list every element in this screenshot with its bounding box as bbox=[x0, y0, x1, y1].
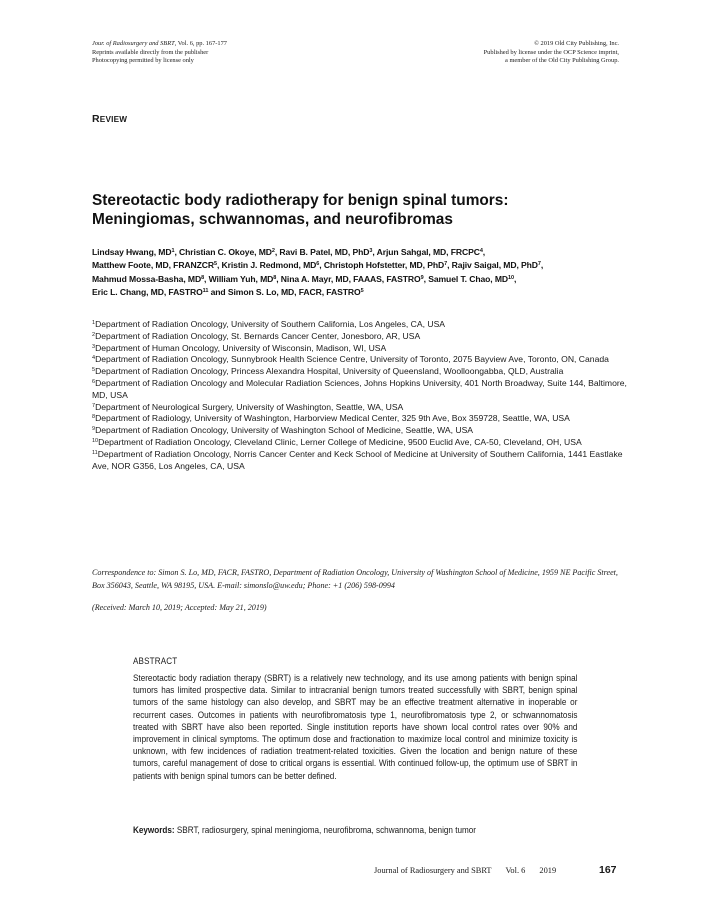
author: Samuel T. Chao, MD10 bbox=[428, 274, 514, 284]
author-affiliation-marker: 4 bbox=[480, 248, 483, 254]
affiliation-number: 9 bbox=[92, 426, 95, 432]
affiliation-number: 5 bbox=[92, 367, 95, 373]
affiliation-number: 1 bbox=[92, 320, 95, 326]
running-header-right: © 2019 Old City Publishing, Inc. Publish… bbox=[484, 40, 619, 66]
author: Eric L. Chang, MD, FASTRO11 bbox=[92, 287, 208, 297]
author-affiliation-marker: 3 bbox=[369, 248, 372, 254]
affiliation-item: 7Department of Neurological Surgery, Uni… bbox=[92, 402, 632, 414]
author: Ravi B. Patel, MD, PhD3 bbox=[279, 247, 372, 257]
affiliation-number: 11 bbox=[92, 450, 98, 456]
author-affiliation-marker: 9 bbox=[421, 275, 424, 281]
page-number: 167 bbox=[599, 864, 617, 876]
affiliation-item: 10Department of Radiation Oncology, Clev… bbox=[92, 437, 632, 449]
affiliation-item: 2Department of Radiation Oncology, St. B… bbox=[92, 331, 632, 343]
correspondence: Correspondence to: Simon S. Lo, MD, FACR… bbox=[92, 566, 622, 593]
affiliation-number: 2 bbox=[92, 332, 95, 338]
license-line: Published by license under the OCP Scien… bbox=[484, 49, 619, 58]
affiliation-number: 3 bbox=[92, 344, 95, 350]
author: Matthew Foote, MD, FRANZCR5 bbox=[92, 260, 217, 270]
author: William Yuh, MD8 bbox=[209, 274, 277, 284]
author-affiliation-marker: 5 bbox=[214, 261, 217, 267]
keywords-label: Keywords: bbox=[133, 824, 175, 835]
author-affiliation-marker: 6 bbox=[316, 261, 319, 267]
publisher-group-line: a member of the Old City Publishing Grou… bbox=[484, 57, 619, 66]
author-affiliation-marker: 11 bbox=[203, 288, 209, 294]
keywords: Keywords: SBRT, radiosurgery, spinal men… bbox=[133, 824, 584, 835]
author: Christoph Hofstetter, MD, PhD7 bbox=[324, 260, 447, 270]
affiliation-item: 1Department of Radiation Oncology, Unive… bbox=[92, 319, 632, 331]
author-affiliation-marker: 10 bbox=[508, 275, 514, 281]
title-line-1: Stereotactic body radiotherapy for benig… bbox=[92, 192, 612, 211]
author: Simon S. Lo, MD, FACR, FASTRO5 bbox=[228, 287, 364, 297]
affiliation-number: 10 bbox=[92, 438, 98, 444]
article-type-initial: R bbox=[92, 113, 100, 125]
keywords-text: SBRT, radiosurgery, spinal meningioma, n… bbox=[175, 824, 476, 835]
article-type-rest: EVIEW bbox=[100, 115, 127, 124]
author: Nina A. Mayr, MD, FAAAS, FASTRO9 bbox=[281, 274, 424, 284]
author: Mahmud Mossa-Basha, MD8 bbox=[92, 274, 204, 284]
affiliation-item: 5Department of Radiation Oncology, Princ… bbox=[92, 366, 632, 378]
author: Lindsay Hwang, MD1 bbox=[92, 247, 174, 257]
running-header-left: Jour. of Radiosurgery and SBRT, Vol. 6, … bbox=[92, 40, 227, 66]
author: Christian C. Okoye, MD2 bbox=[179, 247, 275, 257]
author-affiliation-marker: 2 bbox=[272, 248, 275, 254]
footer-year: 2019 bbox=[539, 866, 556, 875]
author-affiliation-marker: 8 bbox=[201, 275, 204, 281]
author-affiliation-marker: 1 bbox=[171, 248, 174, 254]
author: Rajiv Saigal, MD, PhD7 bbox=[452, 260, 541, 270]
volume-pages: , Vol. 6, pp. 167-177 bbox=[175, 40, 227, 47]
affiliation-item: 9Department of Radiation Oncology, Unive… bbox=[92, 425, 632, 437]
abstract-heading: ABSTRACT bbox=[133, 655, 177, 666]
author-affiliation-marker: 8 bbox=[273, 275, 276, 281]
affiliation-number: 7 bbox=[92, 403, 95, 409]
author: Arjun Sahgal, MD, FRCPC4 bbox=[377, 247, 483, 257]
reprints-note: Reprints available directly from the pub… bbox=[92, 49, 227, 58]
photocopying-note: Photocopying permitted by license only bbox=[92, 57, 227, 66]
footer-volume: Vol. 6 bbox=[505, 866, 525, 875]
author-affiliation-marker: 7 bbox=[444, 261, 447, 267]
article-title: Stereotactic body radiotherapy for benig… bbox=[92, 192, 612, 229]
received-accepted-dates: (Received: March 10, 2019; Accepted: May… bbox=[92, 603, 267, 612]
journal-citation: Jour. of Radiosurgery and SBRT, Vol. 6, … bbox=[92, 40, 227, 49]
author-affiliation-marker: 7 bbox=[538, 261, 541, 267]
affiliation-item: 4Department of Radiation Oncology, Sunny… bbox=[92, 354, 632, 366]
affiliation-item: 11Department of Radiation Oncology, Norr… bbox=[92, 449, 632, 473]
affiliation-number: 8 bbox=[92, 414, 95, 420]
affiliation-item: 6Department of Radiation Oncology and Mo… bbox=[92, 378, 632, 402]
copyright-line: © 2019 Old City Publishing, Inc. bbox=[484, 40, 619, 49]
affiliation-number: 4 bbox=[92, 355, 95, 361]
title-line-2: Meningiomas, schwannomas, and neurofibro… bbox=[92, 211, 612, 230]
abstract-body: Stereotactic body radiation therapy (SBR… bbox=[133, 672, 577, 782]
author: Kristin J. Redmond, MD6 bbox=[222, 260, 320, 270]
affiliation-list: 1Department of Radiation Oncology, Unive… bbox=[92, 319, 632, 472]
author-list: Lindsay Hwang, MD1, Christian C. Okoye, … bbox=[92, 246, 632, 299]
journal-abbrev: Jour. of Radiosurgery and SBRT bbox=[92, 40, 175, 47]
author-affiliation-marker: 5 bbox=[361, 288, 364, 294]
affiliation-item: 8Department of Radiology, University of … bbox=[92, 413, 632, 425]
article-type-label: REVIEW bbox=[92, 113, 127, 125]
affiliation-item: 3Department of Human Oncology, Universit… bbox=[92, 343, 632, 355]
page-footer: Journal of Radiosurgery and SBRT Vol. 6 … bbox=[374, 866, 568, 875]
footer-journal-name: Journal of Radiosurgery and SBRT bbox=[374, 866, 492, 875]
affiliation-number: 6 bbox=[92, 379, 95, 385]
